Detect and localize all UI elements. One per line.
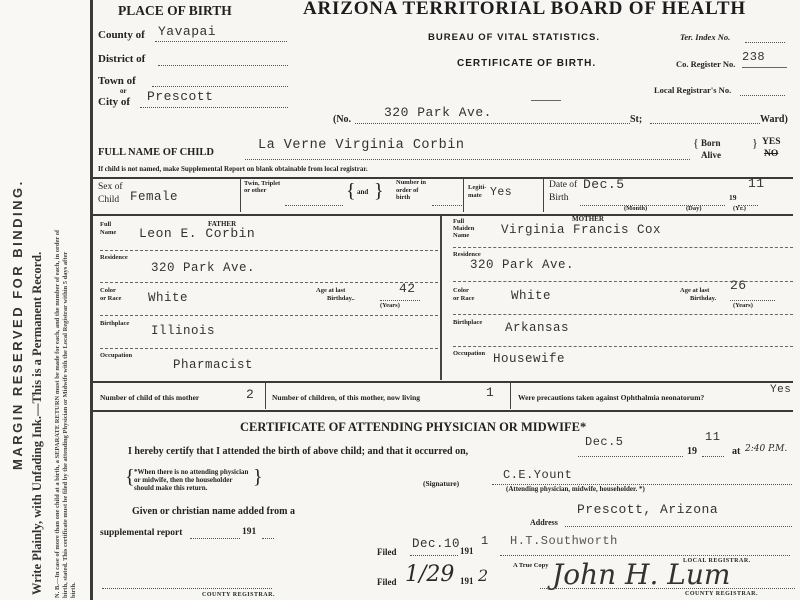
- filed-local-date[interactable]: Dec.10: [412, 537, 460, 551]
- householder-footnote: *When there is no attending physician or…: [134, 468, 252, 492]
- father-age-value[interactable]: 42: [399, 281, 416, 296]
- co-register-value[interactable]: 238: [742, 50, 765, 64]
- brace-icon: }: [752, 136, 758, 151]
- filed-local-year-prefix: 191: [460, 546, 474, 556]
- signature-role-caption: (Attending physician, midwife, household…: [506, 485, 645, 493]
- twin-label: Twin, Triplet or other: [244, 180, 284, 194]
- true-copy-label: A True Copy: [513, 562, 549, 569]
- occurred-year-value[interactable]: 11: [705, 430, 720, 444]
- physician-signature-value[interactable]: C.E.Yount: [503, 468, 572, 482]
- address-line: [565, 526, 792, 527]
- form-left-border: [90, 0, 93, 600]
- street-line: [355, 123, 630, 124]
- mother-birthplace-value[interactable]: Arkansas: [505, 321, 569, 335]
- father-age-line: [380, 300, 420, 301]
- address-value[interactable]: Prescott, Arizona: [577, 502, 718, 517]
- divider: [100, 282, 438, 283]
- occurred-date-line: [578, 456, 683, 457]
- alive-label: Alive: [701, 150, 721, 160]
- local-registrar-no-field[interactable]: [740, 95, 785, 96]
- instruction-line-2: birth, stated. This certificate must be …: [62, 252, 69, 598]
- father-age-label: Age at last: [316, 287, 345, 294]
- mother-name-label: Name: [453, 232, 469, 239]
- mother-occupation-label: Occupation: [453, 350, 485, 357]
- mother-color-label: Color: [453, 287, 469, 294]
- filed-county-date[interactable]: 1/29: [405, 562, 454, 587]
- legitimate-label: Legiti-mate: [468, 184, 490, 199]
- number-order-label: Number in order of birth: [396, 179, 432, 202]
- filed-county-year[interactable]: 2: [478, 566, 488, 585]
- father-color-value[interactable]: White: [148, 291, 188, 305]
- full-name-of-child-label: FULL NAME OF CHILD: [98, 147, 214, 158]
- divider: [543, 178, 544, 212]
- mother-occupation-value[interactable]: Housewife: [493, 352, 565, 366]
- father-full-label: Full: [100, 221, 111, 228]
- legitimate-value[interactable]: Yes: [490, 186, 512, 199]
- county-label: County of: [98, 29, 145, 41]
- filed-local-year[interactable]: 1: [481, 534, 489, 548]
- mother-age-label: Age at last: [680, 287, 709, 294]
- father-name-value[interactable]: Leon E. Corbin: [139, 226, 255, 241]
- dob-year-value[interactable]: 11: [748, 176, 765, 191]
- divider: [265, 383, 266, 409]
- mother-residence-value[interactable]: 320 Park Ave.: [470, 258, 574, 272]
- born-alive-no[interactable]: NO: [764, 149, 778, 159]
- dob-label: Date of: [549, 180, 577, 190]
- born-alive-yes[interactable]: YES: [762, 137, 780, 147]
- county-line: [155, 41, 287, 42]
- county-value[interactable]: Yavapai: [158, 24, 216, 39]
- street-address-value[interactable]: 320 Park Ave.: [384, 105, 492, 120]
- mother-full-label: Full: [453, 218, 464, 225]
- occurred-year-prefix: 19: [687, 446, 697, 457]
- divider: [100, 315, 438, 316]
- or-label: or: [120, 87, 127, 95]
- sex-value[interactable]: Female: [130, 190, 178, 204]
- divider: [93, 177, 793, 179]
- co-register-underline: [742, 67, 787, 68]
- mother-age-label-2: Birthday.: [690, 295, 716, 302]
- town-field[interactable]: [152, 86, 288, 87]
- brace-icon: {: [346, 180, 356, 203]
- child-name-line: [245, 159, 690, 160]
- brace-icon: }: [374, 180, 384, 203]
- mother-residence-label: Residence: [453, 251, 481, 258]
- mother-years-caption: (Years): [733, 302, 753, 309]
- father-age-label-2: Birthday..: [327, 295, 355, 302]
- divider: [453, 247, 793, 248]
- city-label: City of: [98, 96, 130, 108]
- divider: [93, 410, 793, 412]
- county-registrar-caption: COUNTY REGISTRAR.: [685, 591, 758, 597]
- street-no-label: (No.: [333, 114, 351, 125]
- certificate-heading: CERTIFICATE OF BIRTH.: [457, 58, 596, 69]
- occurred-year-line: [702, 456, 724, 457]
- child-number-label: Number of child of this mother: [100, 393, 199, 402]
- divider: [240, 178, 241, 212]
- instruction-line-3: birth.: [70, 582, 77, 598]
- day-caption: (Day): [686, 205, 702, 212]
- dob-value[interactable]: Dec.5: [583, 177, 625, 192]
- birth-time-value[interactable]: 2:40 P.M.: [745, 444, 787, 454]
- instruction-line-1: N. B.—In case of more than one child at …: [54, 230, 61, 598]
- mother-age-value[interactable]: 26: [730, 278, 747, 293]
- supplemental-year-prefix: 191: [242, 527, 256, 537]
- born-label: Born: [701, 138, 721, 148]
- divider: [510, 383, 511, 409]
- filed-local-date-line: [410, 555, 458, 556]
- permanent-record-note: Write Plainly, with Unfading Ink.—This i…: [30, 252, 45, 595]
- county-registrar-signature[interactable]: John H. Lum: [552, 558, 730, 591]
- child-name-value[interactable]: La Verne Virginia Corbin: [258, 138, 464, 153]
- occurred-date-value[interactable]: Dec.5: [585, 435, 624, 449]
- bureau-heading: BUREAU OF VITAL STATISTICS.: [428, 32, 600, 43]
- divider: [93, 381, 793, 383]
- dob-line: [580, 205, 725, 206]
- supplemental-year-line: [262, 538, 274, 539]
- living-children-value[interactable]: 1: [486, 385, 494, 400]
- district-field[interactable]: [158, 65, 288, 66]
- county-registrar-line: [540, 588, 795, 589]
- divider: [453, 346, 793, 347]
- supplemental-date-field[interactable]: [190, 538, 240, 539]
- father-color-label: Color: [100, 287, 116, 294]
- ter-index-label: Ter. Index No.: [680, 32, 730, 42]
- not-named-note: If child is not named, make Supplemental…: [98, 165, 368, 173]
- place-of-birth-heading: PLACE OF BIRTH: [118, 3, 232, 19]
- brace-icon: }: [253, 466, 263, 489]
- filed-county-label: Filed: [377, 577, 397, 587]
- ophthalmia-label: Were precautions taken against Ophthalmi…: [518, 393, 704, 402]
- father-residence-label: Residence: [100, 254, 128, 261]
- district-label: District of: [98, 53, 145, 65]
- board-title: ARIZONA TERRITORIAL BOARD OF HEALTH: [303, 0, 746, 20]
- father-residence-value[interactable]: 320 Park Ave.: [151, 261, 255, 275]
- physician-cert-heading: CERTIFICATE OF ATTENDING PHYSICIAN OR MI…: [240, 420, 586, 435]
- certify-text: I hereby certify that I attended the bir…: [128, 446, 468, 457]
- living-children-label: Number of children, of this mother, now …: [272, 393, 420, 402]
- sex-label: Sex of: [98, 182, 123, 192]
- co-register-label: Co. Register No.: [676, 59, 735, 69]
- town-label: Town of: [98, 75, 136, 87]
- ward-label: Ward): [760, 114, 788, 125]
- signature-label: (Signature): [423, 479, 459, 488]
- st-label: St;: [630, 114, 642, 125]
- filed-county-year-prefix: 191: [460, 576, 474, 586]
- binding-margin: MARGIN RESERVED FOR BINDING. Write Plain…: [0, 0, 90, 600]
- yr-caption: (Yr.): [733, 205, 746, 212]
- city-line: [140, 107, 288, 108]
- sex-label-2: Child: [98, 195, 119, 205]
- mother-color-value[interactable]: White: [511, 289, 551, 303]
- month-caption: (Month): [624, 205, 647, 212]
- ophthalmia-value[interactable]: Yes: [770, 384, 791, 396]
- address-label: Address: [530, 518, 558, 527]
- mother-heading: MOTHER: [572, 215, 604, 223]
- and-label: and: [357, 188, 368, 196]
- county-registrar-supp-field[interactable]: [102, 588, 272, 589]
- ward-field[interactable]: [650, 123, 760, 124]
- number-order-field[interactable]: [432, 205, 462, 206]
- divider: [93, 214, 793, 216]
- divider: [453, 314, 793, 315]
- county-registrar-supp-caption: COUNTY REGISTRAR.: [202, 592, 275, 598]
- divider: [463, 178, 464, 212]
- father-birthplace-value[interactable]: Illinois: [151, 324, 215, 338]
- father-race-label: or Race: [100, 295, 121, 302]
- given-name-label: Given or christian name added from a: [132, 506, 295, 517]
- decorative-dash: [531, 100, 561, 101]
- mother-name-value[interactable]: Virginia Francis Cox: [501, 223, 661, 237]
- father-name-label: Name: [100, 229, 116, 236]
- divider: [100, 348, 438, 349]
- divider: [100, 250, 438, 251]
- local-registrar-line: [500, 555, 790, 556]
- filed-local-label: Filed: [377, 547, 397, 557]
- mother-age-line: [730, 300, 775, 301]
- father-occupation-value[interactable]: Pharmacist: [173, 358, 253, 372]
- at-label: at: [732, 446, 740, 457]
- dob-year-prefix: 19: [729, 193, 737, 202]
- mother-birthplace-label: Birthplace: [453, 319, 482, 326]
- city-value[interactable]: Prescott: [147, 89, 213, 104]
- child-number-value[interactable]: 2: [246, 387, 254, 402]
- ter-index-field[interactable]: [745, 42, 785, 43]
- local-registrar-no-label: Local Registrar's No.: [654, 85, 731, 95]
- binding-margin-note: MARGIN RESERVED FOR BINDING.: [10, 179, 25, 470]
- father-years-caption: (Years): [380, 302, 400, 309]
- dob-label-2: Birth: [549, 193, 569, 203]
- supplemental-report-label: supplemental report: [100, 528, 182, 538]
- brace-icon: {: [693, 136, 699, 151]
- father-birthplace-label: Birthplace: [100, 320, 129, 327]
- twin-field[interactable]: [285, 205, 343, 206]
- father-occupation-label: Occupation: [100, 352, 132, 359]
- mother-race-label: or Race: [453, 295, 474, 302]
- parents-divider: [441, 216, 442, 380]
- local-registrar-signature[interactable]: H.T.Southworth: [510, 534, 618, 548]
- mother-maiden-label: Maiden: [453, 225, 474, 232]
